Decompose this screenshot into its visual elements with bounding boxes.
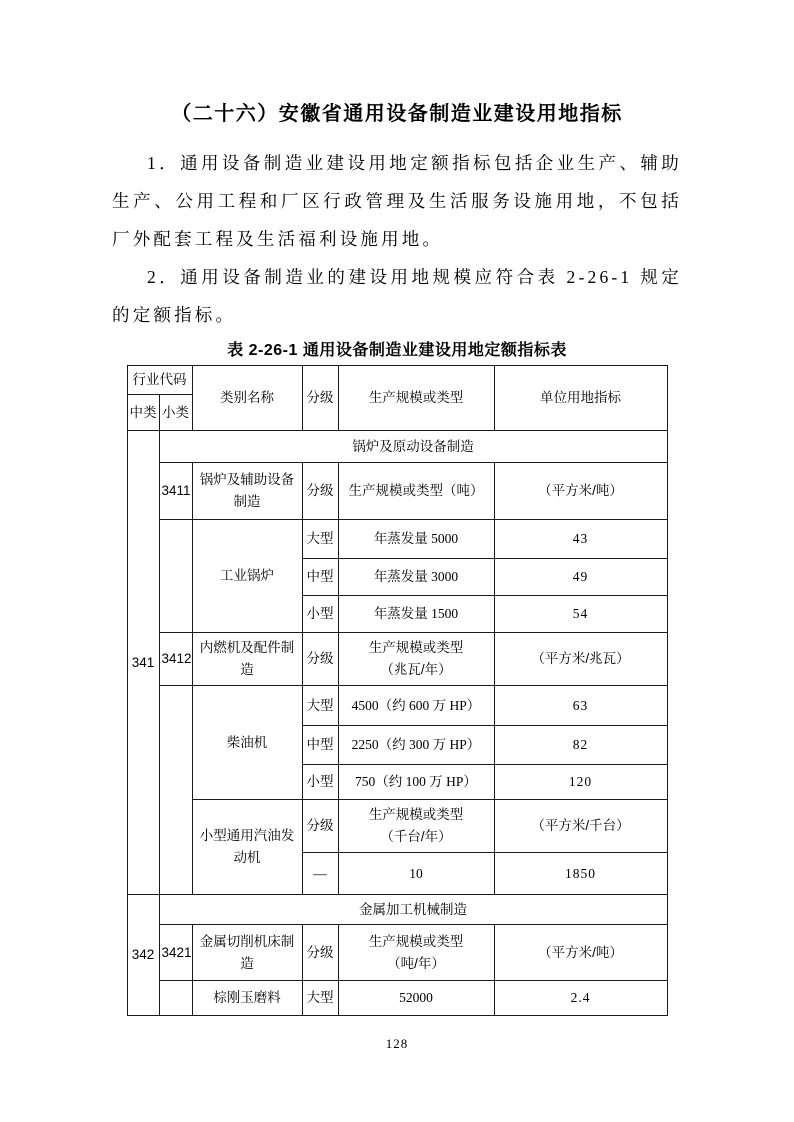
cell-unit-header: （平方米/千台） <box>494 800 667 853</box>
cell-category-name: 柴油机 <box>192 686 302 800</box>
cell-grade-label: 分级 <box>302 925 338 981</box>
cell-category-name: 内燃机及配件制 造 <box>192 633 302 686</box>
cell-unit-value: 43 <box>494 520 667 559</box>
cell-grade-label: 分级 <box>302 463 338 520</box>
cell-category-name: 棕刚玉磨料 <box>192 981 302 1016</box>
cell-category-name: 小型通用汽油发 动机 <box>192 800 302 895</box>
cell-unit-value: 54 <box>494 596 667 633</box>
cell-unit-value: 82 <box>494 726 667 765</box>
cell-grade: — <box>302 853 338 895</box>
quota-table: 行业代码 类别名称 分级 生产规模或类型 单位用地指标 中类 小类 341 锅炉… <box>127 365 668 1016</box>
cell-scale: 2250（约 300 万 HP） <box>338 726 494 765</box>
cell-scale: 4500（约 600 万 HP） <box>338 686 494 726</box>
cell-scale-header: 生产规模或类型 （兆瓦/年） <box>338 633 494 686</box>
page-number: 128 <box>0 1036 794 1052</box>
cell-unit-value: 1850 <box>494 853 667 895</box>
cell-sub-code-blank <box>159 520 192 633</box>
cell-grade-label: 分级 <box>302 800 338 853</box>
cell-grade: 大型 <box>302 981 338 1016</box>
cell-category-name: 锅炉及辅助设备 制造 <box>192 463 302 520</box>
cell-unit-value: 49 <box>494 559 667 596</box>
body-text: 1．通用设备制造业建设用地定额指标包括企业生产、辅助生产、公用工程和厂区行政管理… <box>112 144 682 334</box>
cell-scale-header: 生产规模或类型（吨） <box>338 463 494 520</box>
cell-category-name: 工业锅炉 <box>192 520 302 633</box>
cell-grade: 中型 <box>302 559 338 596</box>
header-grade: 分级 <box>302 366 338 431</box>
header-mid-class: 中类 <box>127 395 159 431</box>
cell-scale: 52000 <box>338 981 494 1016</box>
cell-category-name: 金属切削机床制 造 <box>192 925 302 981</box>
cell-scale: 年蒸发量 3000 <box>338 559 494 596</box>
cell-scale-header: 生产规模或类型 （千台/年） <box>338 800 494 853</box>
cell-scale: 10 <box>338 853 494 895</box>
section-row-boiler: 锅炉及原动设备制造 <box>159 431 667 463</box>
cell-scale: 750（约 100 万 HP） <box>338 765 494 800</box>
section-row-metal: 金属加工机械制造 <box>159 895 667 925</box>
document-page: （二十六）安徽省通用设备制造业建设用地指标 1．通用设备制造业建设用地定额指标包… <box>0 0 794 1122</box>
cell-unit-value: 63 <box>494 686 667 726</box>
cell-mid-code-342: 342 <box>127 895 159 1016</box>
table-caption: 表 2-26-1 通用设备制造业建设用地定额指标表 <box>0 339 794 363</box>
cell-grade: 小型 <box>302 596 338 633</box>
cell-unit-value: 120 <box>494 765 667 800</box>
page-title: （二十六）安徽省通用设备制造业建设用地指标 <box>0 0 794 126</box>
cell-unit-header: （平方米/吨） <box>494 463 667 520</box>
cell-sub-code-blank <box>159 686 192 895</box>
cell-grade-label: 分级 <box>302 633 338 686</box>
cell-sub-code-3412: 3412 <box>159 633 192 686</box>
cell-sub-code-3411: 3411 <box>159 463 192 520</box>
cell-sub-code-blank <box>159 981 192 1016</box>
cell-mid-code-341: 341 <box>127 431 159 895</box>
cell-unit-value: 2.4 <box>494 981 667 1016</box>
cell-scale-header: 生产规模或类型 （吨/年） <box>338 925 494 981</box>
cell-grade: 小型 <box>302 765 338 800</box>
cell-grade: 大型 <box>302 686 338 726</box>
cell-scale: 年蒸发量 5000 <box>338 520 494 559</box>
cell-grade: 中型 <box>302 726 338 765</box>
cell-grade: 大型 <box>302 520 338 559</box>
paragraph-1: 1．通用设备制造业建设用地定额指标包括企业生产、辅助生产、公用工程和厂区行政管理… <box>112 144 682 258</box>
cell-unit-header: （平方米/兆瓦） <box>494 633 667 686</box>
cell-scale: 年蒸发量 1500 <box>338 596 494 633</box>
cell-unit-header: （平方米/吨） <box>494 925 667 981</box>
header-scale-type: 生产规模或类型 <box>338 366 494 431</box>
paragraph-2: 2．通用设备制造业的建设用地规模应符合表 2-26-1 规定的定额指标。 <box>112 258 682 334</box>
cell-sub-code-3421: 3421 <box>159 925 192 981</box>
header-sub-class: 小类 <box>159 395 192 431</box>
header-category-name: 类别名称 <box>192 366 302 431</box>
header-industry-code: 行业代码 <box>127 366 192 395</box>
header-unit-indicator: 单位用地指标 <box>494 366 667 431</box>
